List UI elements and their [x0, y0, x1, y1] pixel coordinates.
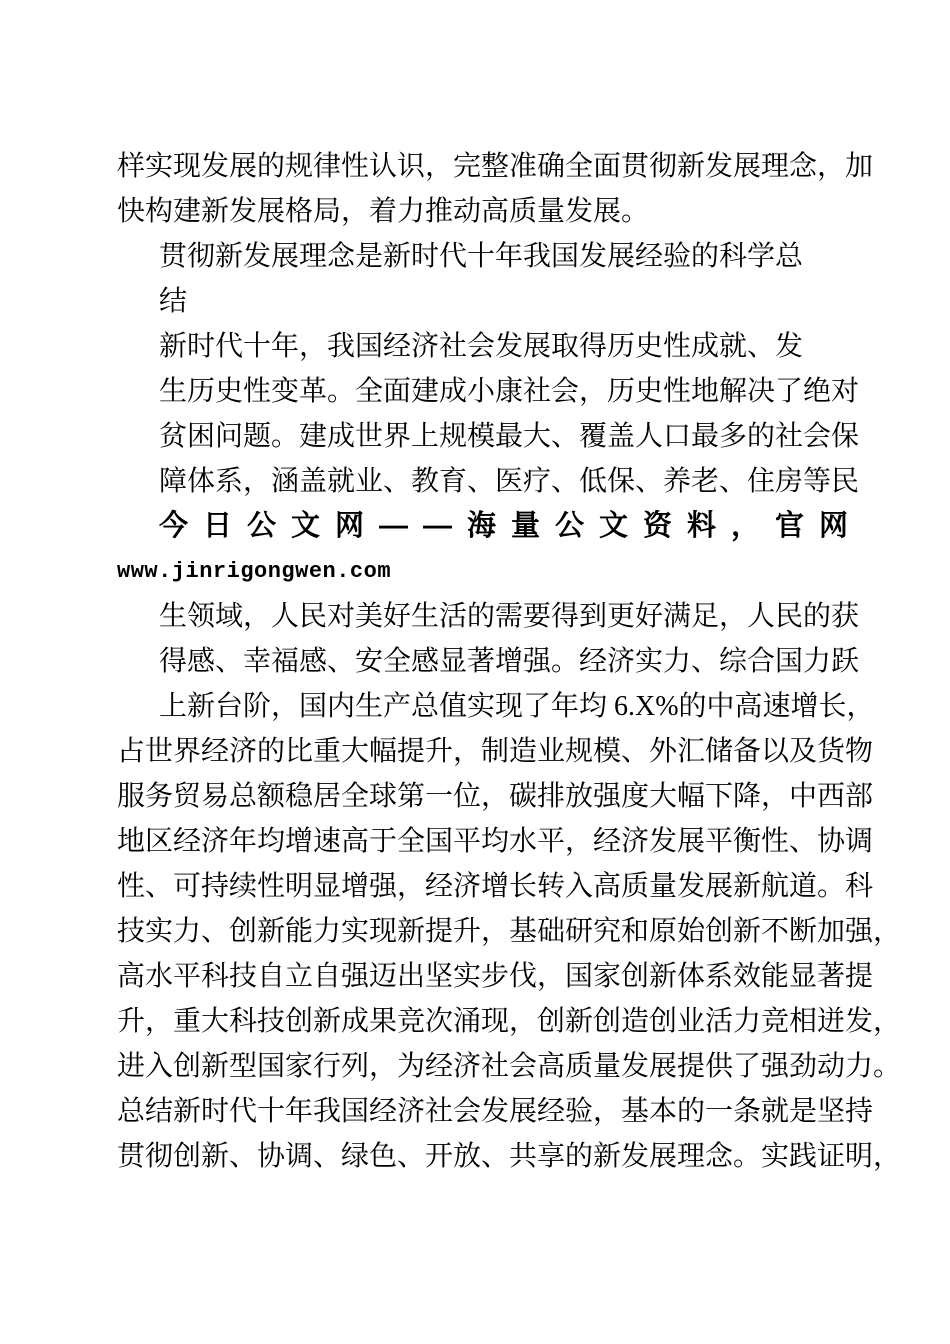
text-line: 性、可持续性明显增强，经济增长转入高质量发展新航道。科 — [117, 864, 857, 909]
text-line: 障体系，涵盖就业、教育、医疗、低保、养老、住房等民 — [117, 459, 857, 504]
watermark-site-url: www.jinrigongwen.com — [117, 549, 857, 594]
text-line: 占世界经济的比重大幅提升，制造业规模、外汇储备以及货物 — [117, 729, 857, 774]
text-line: 技实力、创新能力实现新提升，基础研究和原始创新不断加强， — [117, 909, 857, 954]
text-line: 升，重大科技创新成果竞次涌现，创新创造创业活力竞相迸发， — [117, 999, 857, 1044]
text-line: 总结新时代十年我国经济社会发展经验，基本的一条就是坚持 — [117, 1089, 857, 1134]
text-line: 进入创新型国家行列，为经济社会高质量发展提供了强劲动力。 — [117, 1044, 857, 1089]
text-line: 结 — [117, 279, 857, 324]
text-line: 样实现发展的规律性认识，完整准确全面贯彻新发展理念，加 — [117, 144, 857, 189]
text-line: 上新台阶，国内生产总值实现了年均 6.X%的中高速增长， — [117, 684, 857, 729]
text-line: 得感、幸福感、安全感显著增强。经济实力、综合国力跃 — [117, 639, 857, 684]
document-body-text: 样实现发展的规律性认识，完整准确全面贯彻新发展理念，加 快构建新发展格局，着力推… — [117, 144, 857, 1179]
text-line: 服务贸易总额稳居全球第一位，碳排放强度大幅下降，中西部 — [117, 774, 857, 819]
watermark-ad-line: 今日公文网——海量公文资料，官网 — [117, 504, 857, 549]
text-line: 地区经济年均增速高于全国平均水平，经济发展平衡性、协调 — [117, 819, 857, 864]
text-line: 贯彻创新、协调、绿色、开放、共享的新发展理念。实践证明， — [117, 1134, 857, 1179]
text-line: 生领域，人民对美好生活的需要得到更好满足，人民的获 — [117, 594, 857, 639]
text-line: 生历史性变革。全面建成小康社会，历史性地解决了绝对 — [117, 369, 857, 414]
text-line: 贫困问题。建成世界上规模最大、覆盖人口最多的社会保 — [117, 414, 857, 459]
text-line: 贯彻新发展理念是新时代十年我国发展经验的科学总 — [117, 234, 857, 279]
text-line: 高水平科技自立自强迈出坚实步伐，国家创新体系效能显著提 — [117, 954, 857, 999]
text-line: 快构建新发展格局，着力推动高质量发展。 — [117, 189, 857, 234]
document-page: 样实现发展的规律性认识，完整准确全面贯彻新发展理念，加 快构建新发展格局，着力推… — [0, 0, 950, 1344]
text-line: 新时代十年，我国经济社会发展取得历史性成就、发 — [117, 324, 857, 369]
